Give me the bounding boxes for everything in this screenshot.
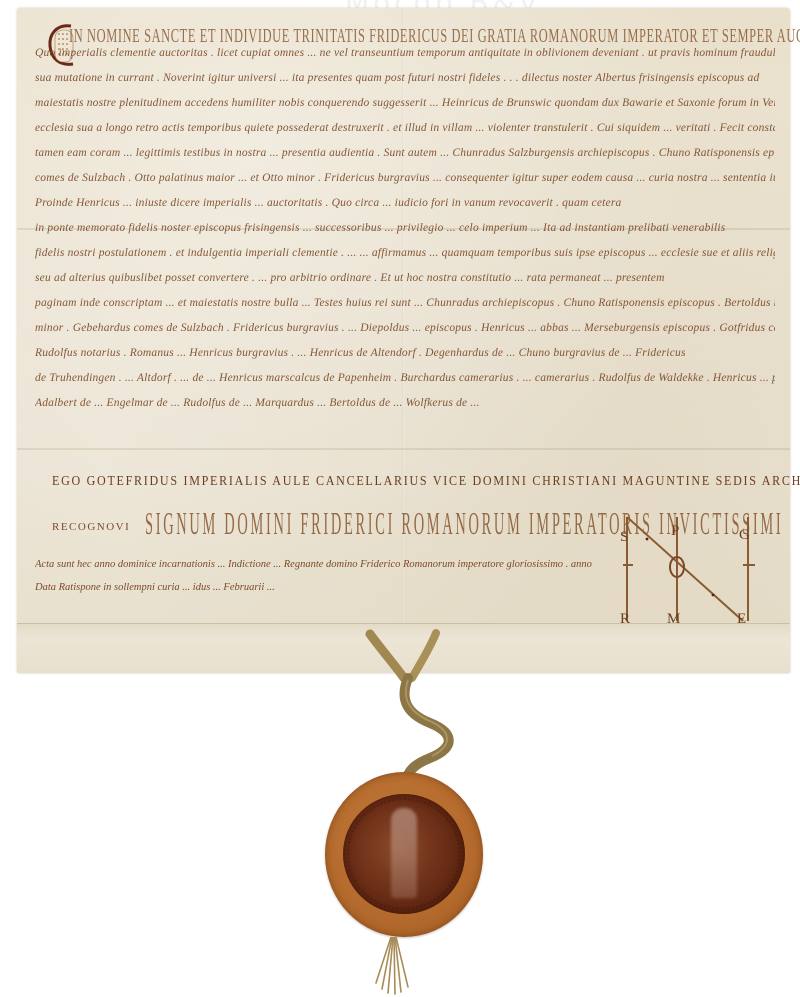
body-line: Rudolfus notarius . Romanus ... Henricus… <box>35 347 775 359</box>
invocatio-line: IN NOMINE SANCTE ET INDIVIDUE TRINITATIS… <box>69 25 800 48</box>
body-line: minor . Gebehardus comes de Sulzbach . F… <box>35 322 775 334</box>
actum-line: Acta sunt hec anno dominice incarnationi… <box>35 559 595 570</box>
parchment-charter: IN NOMINE SANCTE ET INDIVIDUE TRINITATIS… <box>17 8 790 673</box>
body-line: seu ad alterius quibuslibet posset conve… <box>35 272 775 284</box>
body-line: Proinde Henricus ... iniuste dicere impe… <box>35 197 775 209</box>
body-line: de Truhendingen . ... Altdorf . ... de .… <box>35 372 775 384</box>
body-line: comes de Sulzbach . Otto palatinus maior… <box>35 172 775 184</box>
body-line: paginam inde conscriptam ... et maiestat… <box>35 297 775 309</box>
fold-horizontal <box>17 448 790 450</box>
body-line: fidelis nostri postulationem . et indulg… <box>35 247 775 259</box>
svg-text:S: S <box>620 529 628 545</box>
body-line: Adalbert de ... Engelmar de ... Rudolfus… <box>35 397 675 409</box>
imperial-monogram-icon: S P G R M E <box>615 513 765 628</box>
wax-seal <box>325 772 483 937</box>
recognitio-line: EGO GOTEFRIDUS IMPERIALIS AULE CANCELLAR… <box>52 474 800 490</box>
body-line: Quo imperialis clementie auctoritas . li… <box>35 47 775 59</box>
body-line: ecclesia sua a longo retro actis tempori… <box>35 122 775 134</box>
enthroned-emperor-figure <box>391 808 417 898</box>
datum-line: Data Ratispone in sollempni curia ... id… <box>35 582 275 593</box>
cord-tassel-icon <box>368 937 418 995</box>
body-line: in ponte memorato fidelis noster episcop… <box>35 222 775 234</box>
body-line: sua mutatione in currant . Noverint igit… <box>35 72 775 84</box>
svg-text:P: P <box>671 523 679 539</box>
recognovi-label: RECOGNOVI <box>52 521 130 533</box>
body-line: tamen eam coram ... legittimis testibus … <box>35 147 775 159</box>
silk-cord-icon <box>360 628 480 788</box>
seal-impression <box>343 794 465 914</box>
body-line: maiestatis nostre plenitudinem accedens … <box>35 97 775 109</box>
svg-text:G: G <box>739 527 750 543</box>
